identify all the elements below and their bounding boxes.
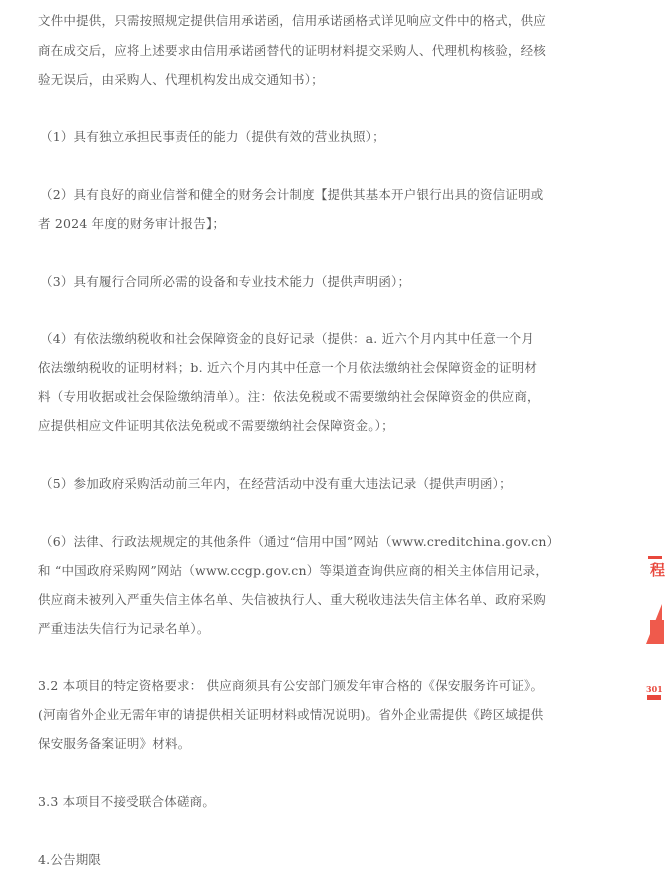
section-3-2-line-3: 保安服务备案证明》材料。 [38,736,190,752]
item-5-line-1: （5）参加政府采购活动前三年内，在经营活动中没有重大违法记录（提供声明函）； [40,476,512,492]
stamp-number: 301 [646,685,663,693]
item-6-line-2: 和 “中国政府采购网”网站（www.ccgp.gov.cn）等渠道查询供应商的相… [38,563,548,579]
stamp-bar [648,556,662,559]
intro-line-2: 商在成交后，应将上述要求由信用承诺函替代的证明材料提交采购人、代理机构核验，经核 [38,43,546,59]
intro-line-3: 验无误后，由采购人、代理机构发出成交通知书）； [38,72,324,88]
item-6-line-4: 严重违法失信行为记录名单）。 [38,621,210,637]
section-3-3: 3.3 本项目不接受联合体磋商。 [38,794,215,810]
stamp-character: 程 [646,562,664,577]
stamp-number-bar [647,695,661,700]
section-3-2-line-2: (河南省外企业无需年审的请提供相关证明材料或情况说明)。省外企业需提供《跨区域提… [38,707,543,723]
item-6-line-3: 供应商未被列入严重失信主体名单、失信被执行人、重大税收违法失信主体名单、政府采购 [38,592,546,608]
section-3-2-line-1: 3.2 本项目的特定资格要求： 供应商须具有公安部门颁发年审合格的《保安服务许可… [38,678,543,694]
intro-line-1: 文件中提供，只需按照规定提供信用承诺函，信用承诺函格式详见响应文件中的格式，供应 [38,13,546,29]
item-4-line-3: 料（专用收据或社会保险缴纳清单）。注：依法免税或不需要缴纳社会保障资金的供应商， [38,389,540,405]
item-3-line-1: （3）具有履行合同所必需的设备和专业技术能力（提供声明函）； [40,274,410,290]
item-1-line-1: （1）具有独立承担民事责任的能力（提供有效的营业执照）； [40,129,385,145]
item-2-line-1: （2）具有良好的商业信誉和健全的财务会计制度【提供其基本开户银行出具的资信证明或 [40,187,543,203]
item-4-line-2: 依法缴纳税收的证明材料；b. 近六个月内其中任意一个月依法缴纳社会保障资金的证明… [38,360,537,376]
item-4-line-1: （4）有依法缴纳税收和社会保障资金的良好记录（提供：a. 近六个月内其中任意一个… [40,331,534,347]
stamp-star-body [650,620,664,644]
item-6-line-1: （6）法律、行政法规规定的其他条件（通过“信用中国”网站（www.creditc… [40,534,559,550]
item-4-line-4: 应提供相应文件证明其依法免税或不需要缴纳社会保障资金。）； [38,418,394,434]
item-2-line-2: 者 2024 年度的财务审计报告】； [38,216,225,232]
section-4-heading: 4.公告期限 [38,852,101,868]
